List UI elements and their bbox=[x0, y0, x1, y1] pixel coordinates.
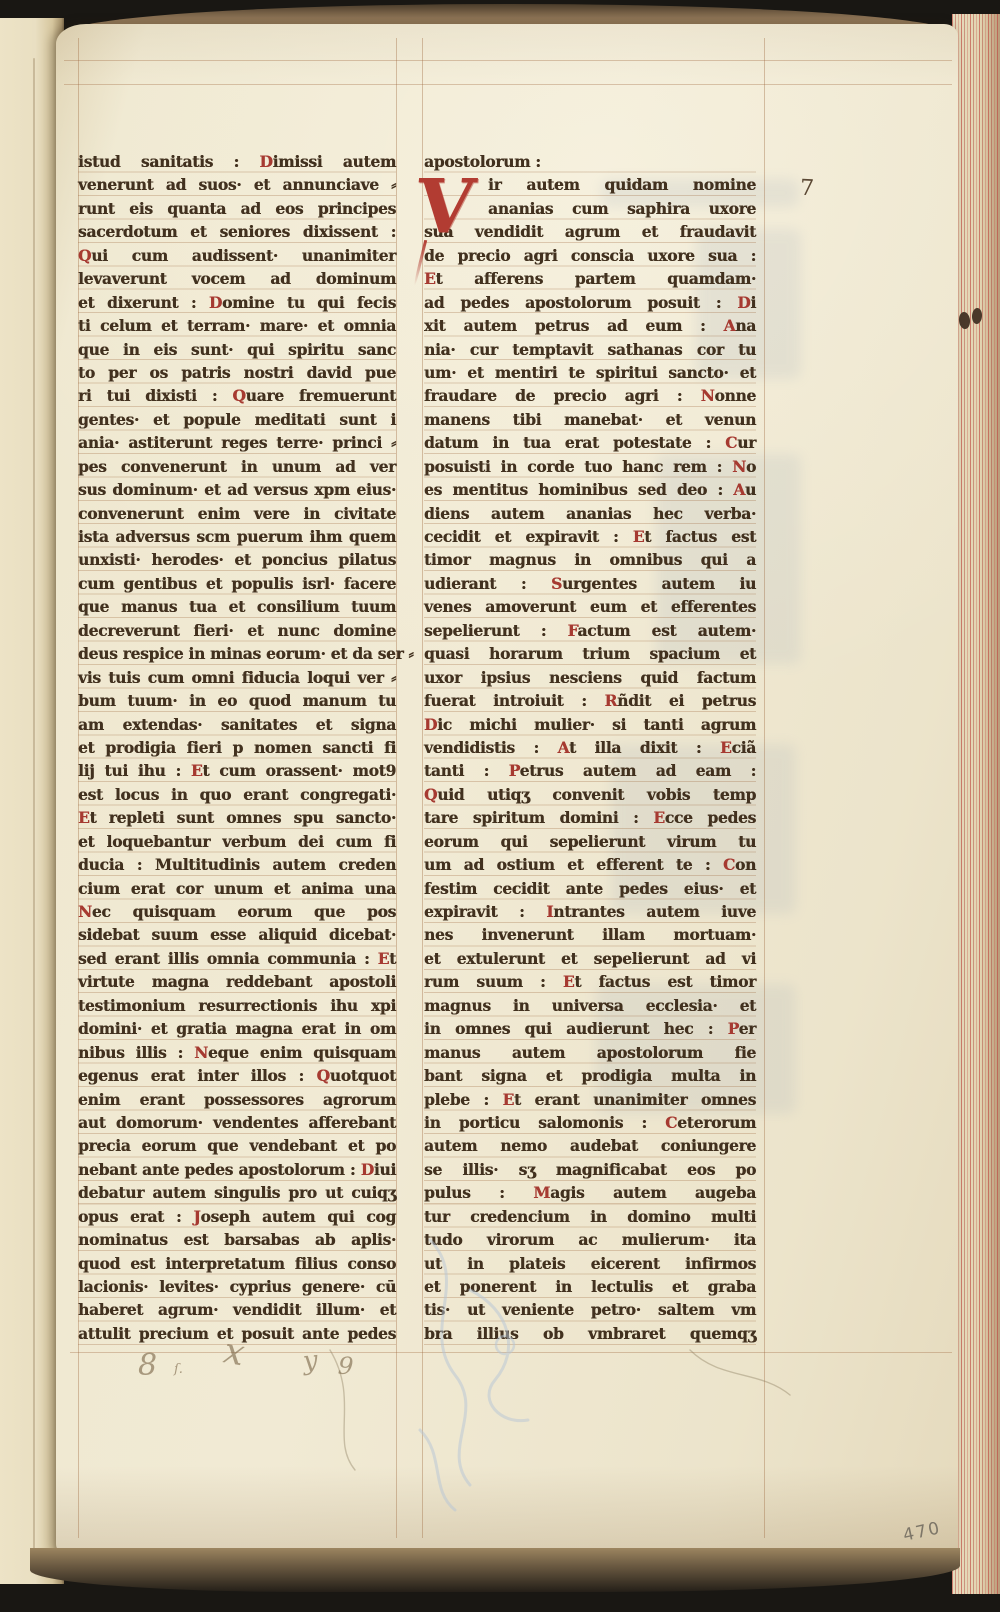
ink-text: uotquot bbox=[330, 1066, 396, 1085]
manuscript-line: festim cecidit ante pedes eius· et bbox=[424, 877, 756, 900]
ink-text: se illis· sʒ magnificabat eos po bbox=[424, 1160, 756, 1179]
manuscript-line: levaverunt vocem ad dominum bbox=[78, 267, 396, 290]
manuscript-line: et extulerunt et sepelierunt ad vi bbox=[424, 947, 756, 970]
manuscript-line: posuisti in corde tuo hanc rem : No bbox=[424, 455, 756, 478]
manuscript-line: fraudare de precio agri : Nonne bbox=[424, 384, 756, 407]
ruling-line bbox=[70, 1352, 952, 1353]
ink-text: fuerat introiuit : bbox=[424, 691, 605, 710]
manuscript-line: bant signa et prodigia multa in bbox=[424, 1064, 756, 1087]
manuscript-line: Dic michi mulier· si tanti agrum bbox=[424, 713, 756, 736]
ink-text: que in eis sunt· qui spiritu sanc bbox=[78, 340, 396, 359]
ink-text: ista adversus scm puerum ihm quem bbox=[78, 527, 396, 546]
ink-text: levaverunt vocem ad dominum bbox=[78, 269, 396, 288]
rubricated-initial: E bbox=[633, 527, 645, 546]
manuscript-line: bum tuum· in eo quod manum tu bbox=[78, 689, 396, 712]
ink-text: timor magnus in omnibus qui a bbox=[424, 550, 756, 569]
rubricated-initial: P bbox=[728, 1019, 739, 1038]
manuscript-line: et prodigia fieri p nomen sancti fi bbox=[78, 736, 396, 759]
ink-text: ñdit ei petrus bbox=[617, 691, 756, 710]
manuscript-line: vis tuis cum omni fiducia loqui ver ⸗ bbox=[78, 666, 396, 689]
ink-text: tanti : bbox=[424, 761, 509, 780]
ink-text: cum gentibus et populis isrl· facere bbox=[78, 574, 396, 593]
rubricated-initial: E bbox=[720, 738, 732, 757]
manuscript-line: gentes· et popule meditati sunt i bbox=[78, 408, 396, 431]
manuscript-line: in omnes qui audierunt hec : Per bbox=[424, 1017, 756, 1040]
manuscript-line: magnus in universa ecclesia· et bbox=[424, 994, 756, 1017]
ink-text: ec quisquam eorum que pos bbox=[92, 902, 396, 921]
manuscript-line: venerunt ad suos· et annunciave ⸗ bbox=[78, 173, 396, 196]
ink-text: expiravit : bbox=[424, 902, 546, 921]
ink-text: t afferens partem quamdam· bbox=[436, 269, 756, 288]
rubricated-initial: A bbox=[733, 480, 745, 499]
rubricated-initial: E bbox=[653, 808, 665, 827]
ink-text: lacionis· levites· cyprius genere· cū bbox=[78, 1277, 396, 1296]
ink-text: eque enim quisquam bbox=[208, 1043, 396, 1062]
rubricated-initial: Q bbox=[317, 1066, 330, 1085]
manuscript-line: ducia : Multitudinis autem creden bbox=[78, 853, 396, 876]
manuscript-line: um ad ostium et efferent te : Con bbox=[424, 853, 756, 876]
ink-text: sus dominum· et ad versus xpm eius· bbox=[78, 480, 396, 499]
rubricated-initial: E bbox=[502, 1090, 514, 1109]
manuscript-line: bra illius ob vmbraret quemqʒ bbox=[424, 1322, 756, 1345]
manuscript-line: Et repleti sunt omnes spu sancto· bbox=[78, 806, 396, 829]
manuscript-line: Quid utiqʒ convenit vobis temp bbox=[424, 783, 756, 806]
manuscript-line: egenus erat inter illos : Quotquot bbox=[78, 1064, 396, 1087]
quire-mark: 7 bbox=[799, 176, 814, 202]
ink-text: quasi horarum trium spacium et bbox=[424, 644, 756, 663]
manuscript-line: nominatus est barsabas ab aplis· bbox=[78, 1228, 396, 1251]
manuscript-line: diens autem ananias hec verba· bbox=[424, 502, 756, 525]
manuscript-line: ri tui dixisti : Quare fremuerunt bbox=[78, 384, 396, 407]
ink-text: urgentes autem iu bbox=[562, 574, 756, 593]
ink-text: oseph autem qui cog bbox=[200, 1207, 396, 1226]
rubricated-initial: S bbox=[551, 574, 562, 593]
manuscript-line: ad pedes apostolorum posuit : Di bbox=[424, 291, 756, 314]
manuscript-line: am extendas· sanitates et signa bbox=[78, 713, 396, 736]
ink-text: t repleti sunt omnes spu sancto· bbox=[90, 808, 396, 827]
ink-text: udierant : bbox=[424, 574, 551, 593]
manuscript-line: que manus tua et consilium tuum bbox=[78, 595, 396, 618]
ink-text: tare spiritum domini : bbox=[424, 808, 653, 827]
ink-text: datum in tua erat potestate : bbox=[424, 433, 725, 452]
ink-text: nebant ante pedes apostolorum : bbox=[78, 1160, 361, 1179]
manuscript-line: Nec quisquam eorum que pos bbox=[78, 900, 396, 923]
manuscript-line: timor magnus in omnibus qui a bbox=[424, 548, 756, 571]
manuscript-line: sepelierunt : Factum est autem· bbox=[424, 619, 756, 642]
ink-text: iui bbox=[374, 1160, 396, 1179]
rubricated-initial: E bbox=[424, 269, 436, 288]
ink-text: debatur autem singulis pro ut cuiqʒ bbox=[78, 1183, 396, 1202]
ink-text: nia· cur temptavit sathanas cor tu bbox=[424, 340, 756, 359]
rubricated-initial: E bbox=[563, 972, 575, 991]
manuscript-line: virtute magna reddebant apostoli bbox=[78, 970, 396, 993]
ink-text: to per os patris nostri david pue bbox=[78, 363, 396, 382]
ruling-line bbox=[422, 38, 423, 1538]
manuscript-line: tudo virorum ac mulierum· ita bbox=[424, 1228, 756, 1251]
ink-text: i bbox=[750, 293, 756, 312]
facing-page-edge bbox=[0, 18, 64, 1584]
ink-text: aut domorum· vendentes afferebant bbox=[78, 1113, 396, 1132]
ink-text: deus respice in minas eorum· et da ser ⸗ bbox=[78, 644, 413, 663]
pen-trial-mark: 8 bbox=[138, 1348, 157, 1383]
manuscript-line: plebe : Et erant unanimiter omnes bbox=[424, 1088, 756, 1111]
ink-text: sacerdotum et seniores dixissent : bbox=[78, 222, 396, 241]
manuscript-line: datum in tua erat potestate : Cur bbox=[424, 431, 756, 454]
manuscript-line: debatur autem singulis pro ut cuiqʒ bbox=[78, 1181, 396, 1204]
ink-text: quod est interpretatum filius conso bbox=[78, 1254, 396, 1273]
ink-text: rum suum : bbox=[424, 972, 563, 991]
ink-text: unxisti· herodes· et poncius pilatus bbox=[78, 550, 396, 569]
ink-text: venerunt ad suos· et annunciave ⸗ bbox=[78, 175, 396, 194]
manuscript-line: manens tibi manebat· et venun bbox=[424, 408, 756, 431]
rubricated-initial: D bbox=[737, 293, 750, 312]
rubricated-initial: Q bbox=[78, 246, 91, 265]
ink-text: vis tuis cum omni fiducia loqui ver ⸗ bbox=[78, 668, 396, 687]
ink-text: lij tui ihu : bbox=[78, 761, 191, 780]
manuscript-photo: { "page": { "description": "Medieval Lat… bbox=[0, 0, 1000, 1612]
manuscript-line: pes convenerunt in unum ad ver bbox=[78, 455, 396, 478]
ink-text: cce pedes bbox=[665, 808, 756, 827]
manuscript-line: precia eorum que vendebant et po bbox=[78, 1134, 396, 1157]
ink-text: precia eorum que vendebant et po bbox=[78, 1136, 396, 1155]
text-column-left: istud sanitatis : Dimissi autemvenerunt … bbox=[78, 150, 396, 1345]
manuscript-line: uxor ipsius nesciens quid factum bbox=[424, 666, 756, 689]
ink-text: bant signa et prodigia multa in bbox=[424, 1066, 756, 1085]
ink-text: onne bbox=[714, 386, 756, 405]
ink-text: uare fremuerunt bbox=[246, 386, 396, 405]
rubricated-initial: E bbox=[378, 949, 390, 968]
ink-text: manus autem apostolorum fie bbox=[424, 1043, 756, 1062]
manuscript-line: convenerunt enim vere in civitate bbox=[78, 502, 396, 525]
ink-text: ania· astiterunt reges terre· princi ⸗ bbox=[78, 433, 396, 452]
ink-text: tur credencium in domino multi bbox=[424, 1207, 756, 1226]
ink-text: ri tui dixisti : bbox=[78, 386, 232, 405]
ink-text: ducia : Multitudinis autem creden bbox=[78, 855, 396, 874]
manuscript-line: venes amoverunt eum et efferentes bbox=[424, 595, 756, 618]
ruling-line bbox=[64, 84, 952, 85]
rubricated-initial: D bbox=[209, 293, 222, 312]
manuscript-line: ania· astiterunt reges terre· princi ⸗ bbox=[78, 431, 396, 454]
ink-text: nes invenerunt illam mortuam· bbox=[424, 925, 756, 944]
manuscript-line: nia· cur temptavit sathanas cor tu bbox=[424, 338, 756, 361]
ink-text: manens tibi manebat· et venun bbox=[424, 410, 756, 429]
ink-text: ntrantes autem iuve bbox=[553, 902, 756, 921]
manuscript-line: pulus : Magis autem augeba bbox=[424, 1181, 756, 1204]
manuscript-line: um· et mentiri te spiritui sancto· et bbox=[424, 361, 756, 384]
manuscript-line: sus dominum· et ad versus xpm eius· bbox=[78, 478, 396, 501]
manuscript-line: tur credencium in domino multi bbox=[424, 1205, 756, 1228]
ink-text: domini· et gratia magna erat in om bbox=[78, 1019, 396, 1038]
ink-text: pulus : bbox=[424, 1183, 533, 1202]
ink-text: ic michi mulier· si tanti agrum bbox=[437, 715, 756, 734]
manuscript-line: decreverunt fieri· et nunc domine bbox=[78, 619, 396, 642]
ink-text: t cum orassent· mot9 bbox=[202, 761, 396, 780]
ink-text: o bbox=[746, 457, 756, 476]
ink-text: ciã bbox=[732, 738, 756, 757]
manuscript-line: sidebat suum esse aliquid dicebat· bbox=[78, 923, 396, 946]
ink-text: et loquebantur verbum dei cum fi bbox=[78, 832, 396, 851]
manuscript-line: sacerdotum et seniores dixissent : bbox=[78, 220, 396, 243]
manuscript-line: et loquebantur verbum dei cum fi bbox=[78, 830, 396, 853]
ink-text: enim erant possessores agrorum bbox=[78, 1090, 396, 1109]
rubricated-initial: Q bbox=[424, 785, 437, 804]
manuscript-line: eorum qui sepelierunt virum tu bbox=[424, 830, 756, 853]
ink-text: sepelierunt : bbox=[424, 621, 568, 640]
manuscript-line: vendidistis : At illa dixit : Eciã bbox=[424, 736, 756, 759]
ink-text: gentes· et popule meditati sunt i bbox=[78, 410, 396, 429]
pen-trial-mark: y bbox=[301, 1345, 319, 1376]
ink-text: nominatus est barsabas ab aplis· bbox=[78, 1230, 396, 1249]
manuscript-line: cum gentibus et populis isrl· facere bbox=[78, 572, 396, 595]
ink-text: on bbox=[735, 855, 756, 874]
ruling-line bbox=[64, 60, 952, 61]
manuscript-line: es mentitus hominibus sed deo : Au bbox=[424, 478, 756, 501]
manuscript-line: rum suum : Et factus est timor bbox=[424, 970, 756, 993]
ink-text: egenus erat inter illos : bbox=[78, 1066, 317, 1085]
rubricated-initial: A bbox=[558, 738, 569, 757]
manuscript-line: to per os patris nostri david pue bbox=[78, 361, 396, 384]
ink-text: venes amoverunt eum et efferentes bbox=[424, 597, 756, 616]
ink-text: runt eis quanta ad eos principes bbox=[78, 199, 396, 218]
rubricated-initial: N bbox=[701, 386, 715, 405]
rubricated-initial: N bbox=[732, 457, 746, 476]
manuscript-line: quod est interpretatum filius conso bbox=[78, 1252, 396, 1275]
manuscript-line: nebant ante pedes apostolorum : Diui bbox=[78, 1158, 396, 1181]
manuscript-line: manus autem apostolorum fie bbox=[424, 1041, 756, 1064]
rubricated-initial: P bbox=[509, 761, 520, 780]
manuscript-line: et dixerunt : Domine tu qui fecis bbox=[78, 291, 396, 314]
text-column-right: Vapostolorum :ir autem quidam nomineanan… bbox=[424, 150, 756, 1345]
ink-text: et ponerent in lectulis et graba bbox=[424, 1277, 756, 1296]
ink-text: xit autem petrus ad eum : bbox=[424, 316, 724, 335]
manuscript-line: quasi horarum trium spacium et bbox=[424, 642, 756, 665]
ink-text: in omnes qui audierunt hec : bbox=[424, 1019, 728, 1038]
ruling-line bbox=[396, 38, 397, 1538]
rubricated-initial: C bbox=[725, 433, 737, 452]
ink-text: uxor ipsius nesciens quid factum bbox=[424, 668, 756, 687]
ink-text: nibus illis : bbox=[78, 1043, 194, 1062]
ink-text: ut in plateis eicerent infirmos bbox=[424, 1254, 756, 1273]
ink-text: ad pedes apostolorum posuit : bbox=[424, 293, 737, 312]
ink-text: cium erat cor unum et anima una bbox=[78, 879, 396, 898]
pen-trial-mark: 9 bbox=[337, 1352, 354, 1381]
rubricated-initial: N bbox=[194, 1043, 208, 1062]
manuscript-line: lacionis· levites· cyprius genere· cū bbox=[78, 1275, 396, 1298]
ink-text: opus erat : bbox=[78, 1207, 193, 1226]
ink-text: omine tu qui fecis bbox=[222, 293, 396, 312]
ink-text: ti celum et terram· mare· et omnia bbox=[78, 316, 396, 335]
ink-text: plebe : bbox=[424, 1090, 502, 1109]
ink-text: am extendas· sanitates et signa bbox=[78, 715, 396, 734]
manuscript-line: fuerat introiuit : Rñdit ei petrus bbox=[424, 689, 756, 712]
manuscript-line: ut in plateis eicerent infirmos bbox=[424, 1252, 756, 1275]
manuscript-line: et ponerent in lectulis et graba bbox=[424, 1275, 756, 1298]
ink-text: autem nemo audebat coniungere bbox=[424, 1136, 756, 1155]
ink-text: pes convenerunt in unum ad ver bbox=[78, 457, 396, 476]
ink-text: na bbox=[735, 316, 756, 335]
ink-text: uid utiqʒ convenit vobis temp bbox=[437, 785, 756, 804]
ink-text: in porticu salomonis : bbox=[424, 1113, 665, 1132]
red-stained-fore-edge bbox=[952, 14, 1000, 1594]
rubricated-initial: E bbox=[78, 808, 90, 827]
pen-trial-mark: ſ. bbox=[174, 1362, 183, 1377]
ink-text: sed erant illis omnia communia : bbox=[78, 949, 378, 968]
manuscript-line: tis· ut veniente petro· saltem vm bbox=[424, 1298, 756, 1321]
manuscript-line: runt eis quanta ad eos principes bbox=[78, 197, 396, 220]
manuscript-line: deus respice in minas eorum· et da ser ⸗ bbox=[78, 642, 396, 665]
manuscript-line: se illis· sʒ magnificabat eos po bbox=[424, 1158, 756, 1181]
ink-text: diens autem ananias hec verba· bbox=[424, 504, 756, 523]
manuscript-line: est locus in quo erant congregati· bbox=[78, 783, 396, 806]
rubricated-initial: C bbox=[665, 1113, 677, 1132]
manuscript-line: testimonium resurrectionis ihu xpi bbox=[78, 994, 396, 1017]
ink-text: et prodigia fieri p nomen sancti fi bbox=[78, 738, 396, 757]
manuscript-line: ti celum et terram· mare· et omnia bbox=[78, 314, 396, 337]
manuscript-line: expiravit : Intrantes autem iuve bbox=[424, 900, 756, 923]
ink-text: eorum qui sepelierunt virum tu bbox=[424, 832, 756, 851]
manuscript-line: xit autem petrus ad eum : Ana bbox=[424, 314, 756, 337]
manuscript-line: ista adversus scm puerum ihm quem bbox=[78, 525, 396, 548]
rubricated-initial: M bbox=[533, 1183, 550, 1202]
rubricated-initial: C bbox=[723, 855, 735, 874]
ink-text: ir autem quidam nomine bbox=[488, 175, 756, 194]
ink-text: um· et mentiri te spiritui sancto· et bbox=[424, 363, 756, 382]
ink-text: t erant unanimiter omnes bbox=[514, 1090, 756, 1109]
manuscript-line: unxisti· herodes· et poncius pilatus bbox=[78, 548, 396, 571]
ink-text: que manus tua et consilium tuum bbox=[78, 597, 396, 616]
ink-text: t illa dixit : bbox=[569, 738, 720, 757]
manuscript-line: haberet agrum· vendidit illum· et bbox=[78, 1298, 396, 1321]
ink-text: testimonium resurrectionis ihu xpi bbox=[78, 996, 396, 1015]
ink-text: u bbox=[745, 480, 756, 499]
rubricated-initial: A bbox=[724, 316, 736, 335]
manuscript-line: tanti : Petrus autem ad eam : bbox=[424, 759, 756, 782]
rubricated-initial: E bbox=[191, 761, 203, 780]
ink-text: posuisti in corde tuo hanc rem : bbox=[424, 457, 732, 476]
rubricated-initial: D bbox=[259, 152, 272, 171]
ink-text: ananias cum saphira uxore bbox=[488, 199, 756, 218]
ink-text: et dixerunt : bbox=[78, 293, 209, 312]
ink-text: sidebat suum esse aliquid dicebat· bbox=[78, 925, 396, 944]
rubricated-initial: R bbox=[605, 691, 618, 710]
ink-text: haberet agrum· vendidit illum· et bbox=[78, 1300, 396, 1319]
manuscript-line: domini· et gratia magna erat in om bbox=[78, 1017, 396, 1040]
ink-text: agis autem augeba bbox=[550, 1183, 756, 1202]
ink-text: tudo virorum ac mulierum· ita bbox=[424, 1230, 756, 1249]
ink-text: actum est autem· bbox=[577, 621, 756, 640]
ruling-line bbox=[764, 38, 765, 1538]
rubricated-initial: Q bbox=[232, 386, 245, 405]
manuscript-line: aut domorum· vendentes afferebant bbox=[78, 1111, 396, 1134]
ink-text: eterorum bbox=[677, 1113, 756, 1132]
ink-text: est locus in quo erant congregati· bbox=[78, 785, 396, 804]
ink-text: t factus est bbox=[644, 527, 756, 546]
drop-cap-initial: V bbox=[412, 170, 491, 254]
ink-text: bra illius ob vmbraret quemqʒ bbox=[424, 1324, 756, 1343]
ink-text: decreverunt fieri· et nunc domine bbox=[78, 621, 396, 640]
ink-text: er bbox=[739, 1019, 756, 1038]
rubricated-initial: D bbox=[361, 1160, 374, 1179]
ink-text: es mentitus hominibus sed deo : bbox=[424, 480, 733, 499]
manuscript-line: istud sanitatis : Dimissi autem bbox=[78, 150, 396, 173]
rubricated-initial: F bbox=[568, 621, 578, 640]
manuscript-line: que in eis sunt· qui spiritu sanc bbox=[78, 338, 396, 361]
ink-text: tis· ut veniente petro· saltem vm bbox=[424, 1300, 756, 1319]
ink-text: bum tuum· in eo quod manum tu bbox=[78, 691, 396, 710]
manuscript-line: in porticu salomonis : Ceterorum bbox=[424, 1111, 756, 1134]
ink-text: t factus est timor bbox=[574, 972, 756, 991]
manuscript-line: sed erant illis omnia communia : Et bbox=[78, 947, 396, 970]
manuscript-line: nes invenerunt illam mortuam· bbox=[424, 923, 756, 946]
book-bottom-edge bbox=[30, 1548, 960, 1592]
ink-text: ur bbox=[737, 433, 756, 452]
rubricated-initial: N bbox=[78, 902, 92, 921]
manuscript-line: opus erat : Joseph autem qui cog bbox=[78, 1205, 396, 1228]
manuscript-line: autem nemo audebat coniungere bbox=[424, 1134, 756, 1157]
rubricated-initial: D bbox=[424, 715, 437, 734]
manuscript-line: Qui cum audissent· unanimiter bbox=[78, 244, 396, 267]
ink-text: festim cecidit ante pedes eius· et bbox=[424, 879, 756, 898]
ink-text: um ad ostium et efferent te : bbox=[424, 855, 723, 874]
ink-text: et extulerunt et sepelierunt ad vi bbox=[424, 949, 756, 968]
ink-text: etrus autem ad eam : bbox=[520, 761, 756, 780]
ink-text: virtute magna reddebant apostoli bbox=[78, 972, 396, 991]
ink-text: imissi autem bbox=[273, 152, 396, 171]
ink-text: cecidit et expiravit : bbox=[424, 527, 633, 546]
manuscript-line: tare spiritum domini : Ecce pedes bbox=[424, 806, 756, 829]
ink-text: vendidistis : bbox=[424, 738, 558, 757]
manuscript-line: nibus illis : Neque enim quisquam bbox=[78, 1041, 396, 1064]
ink-text: fraudare de precio agri : bbox=[424, 386, 701, 405]
manuscript-line: cium erat cor unum et anima una bbox=[78, 877, 396, 900]
ink-text: convenerunt enim vere in civitate bbox=[78, 504, 396, 523]
ink-text: istud sanitatis : bbox=[78, 152, 259, 171]
manuscript-line: Et afferens partem quamdam· bbox=[424, 267, 756, 290]
manuscript-line: lij tui ihu : Et cum orassent· mot9 bbox=[78, 759, 396, 782]
ink-text: magnus in universa ecclesia· et bbox=[424, 996, 756, 1015]
manuscript-line: udierant : Surgentes autem iu bbox=[424, 572, 756, 595]
ink-text: t bbox=[389, 949, 396, 968]
manuscript-line: cecidit et expiravit : Et factus est bbox=[424, 525, 756, 548]
manuscript-line: enim erant possessores agrorum bbox=[78, 1088, 396, 1111]
gutter-crease bbox=[33, 58, 35, 1558]
ink-text: ui cum audissent· unanimiter bbox=[91, 246, 396, 265]
